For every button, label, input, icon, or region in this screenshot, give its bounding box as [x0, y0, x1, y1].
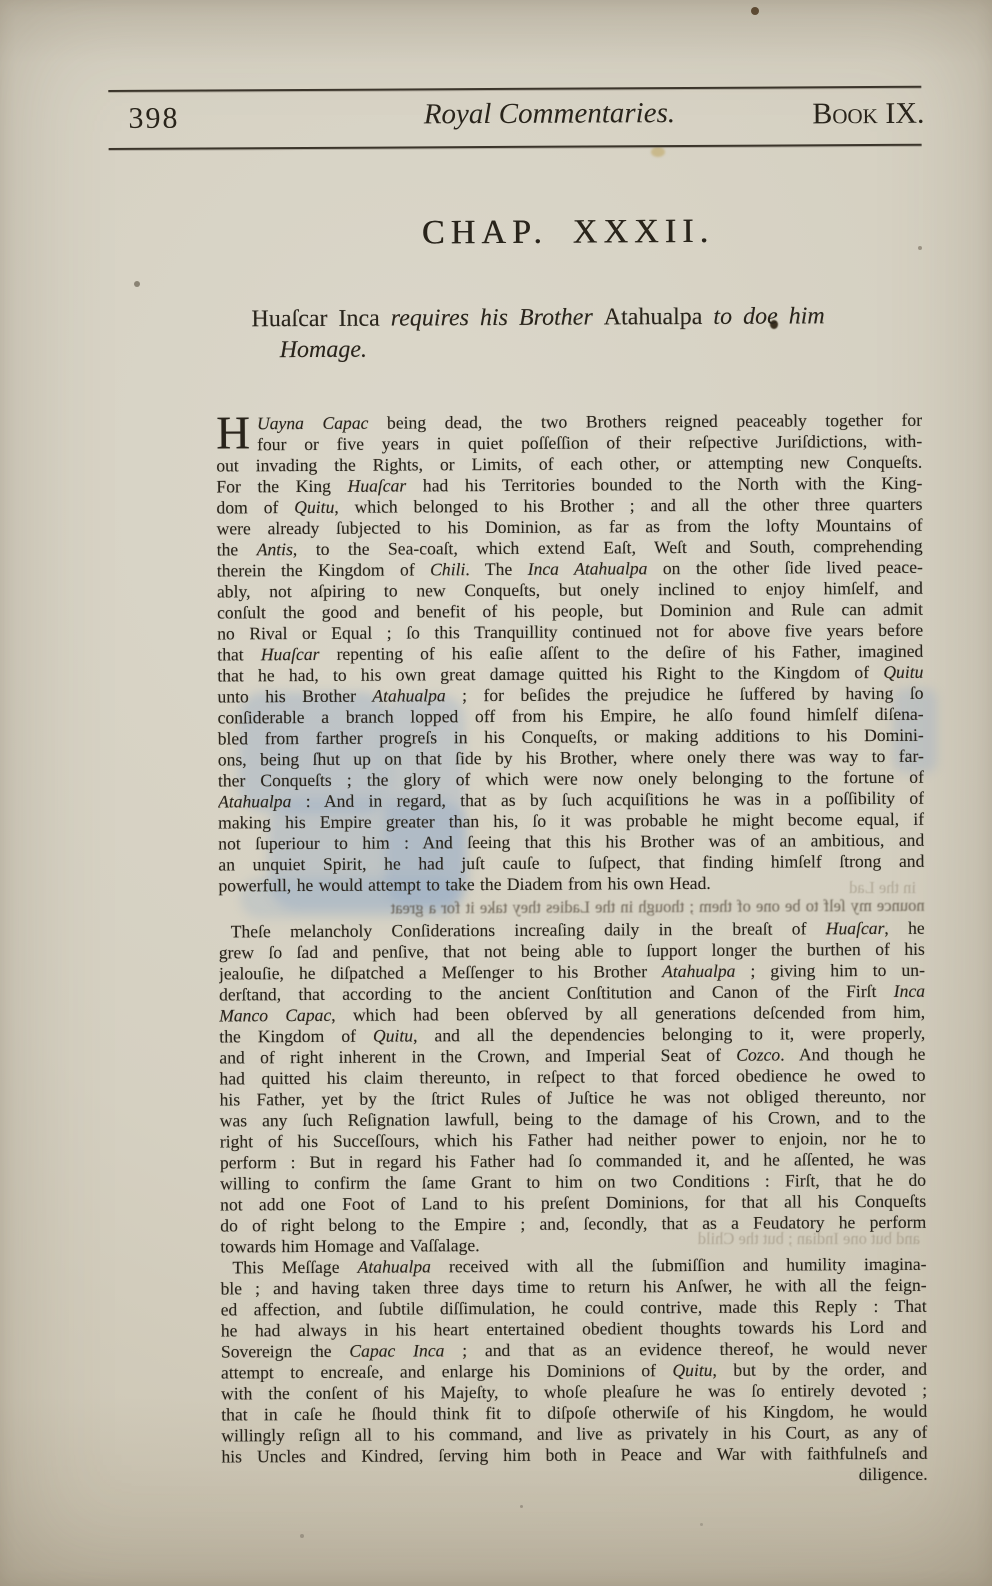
- book-page: 398 Royal Commentaries. Book IX. CHAP. X…: [0, 0, 992, 1586]
- page-number: 398: [128, 102, 179, 136]
- running-title: Royal Commentaries.: [214, 96, 884, 133]
- paragraph: Theſe melancholy Conſiderations increaſi…: [219, 918, 927, 1258]
- book-label: Book IX.: [812, 97, 924, 132]
- subtitle-line: Homage.: [252, 332, 922, 367]
- chapter-subtitle: Huaſcar Inca requires his Brother Atahua…: [215, 301, 921, 367]
- header-rule-bottom: [109, 144, 922, 150]
- subtitle-line: Huaſcar Inca requires his Brother Atahua…: [251, 301, 921, 336]
- page-body: CHAP. XXXII. Huaſcar Inca requires his B…: [215, 211, 928, 1489]
- page-header: 398 Royal Commentaries. Book IX.: [0, 0, 988, 3]
- body-text: HUayna Capac being dead, the two Brother…: [216, 410, 928, 1489]
- text-line: his Uncles and Kindred, ſerving him both…: [221, 1443, 927, 1468]
- bleedthrough-text: in the Lad: [766, 878, 916, 898]
- paragraph: HUayna Capac being dead, the two Brother…: [216, 410, 925, 897]
- text-line: diligence.: [222, 1464, 928, 1489]
- header-rule-top: [108, 86, 921, 92]
- bleedthrough-text: and but one Indian ; but the Child: [470, 1229, 920, 1249]
- drop-cap: H: [216, 413, 257, 454]
- text-line: an unquiet Spirit, he had juſt cauſe to …: [218, 851, 924, 876]
- paragraph: This Meſſage Atahualpa received with all…: [220, 1254, 927, 1489]
- chapter-heading: CHAP. XXXII.: [215, 211, 921, 255]
